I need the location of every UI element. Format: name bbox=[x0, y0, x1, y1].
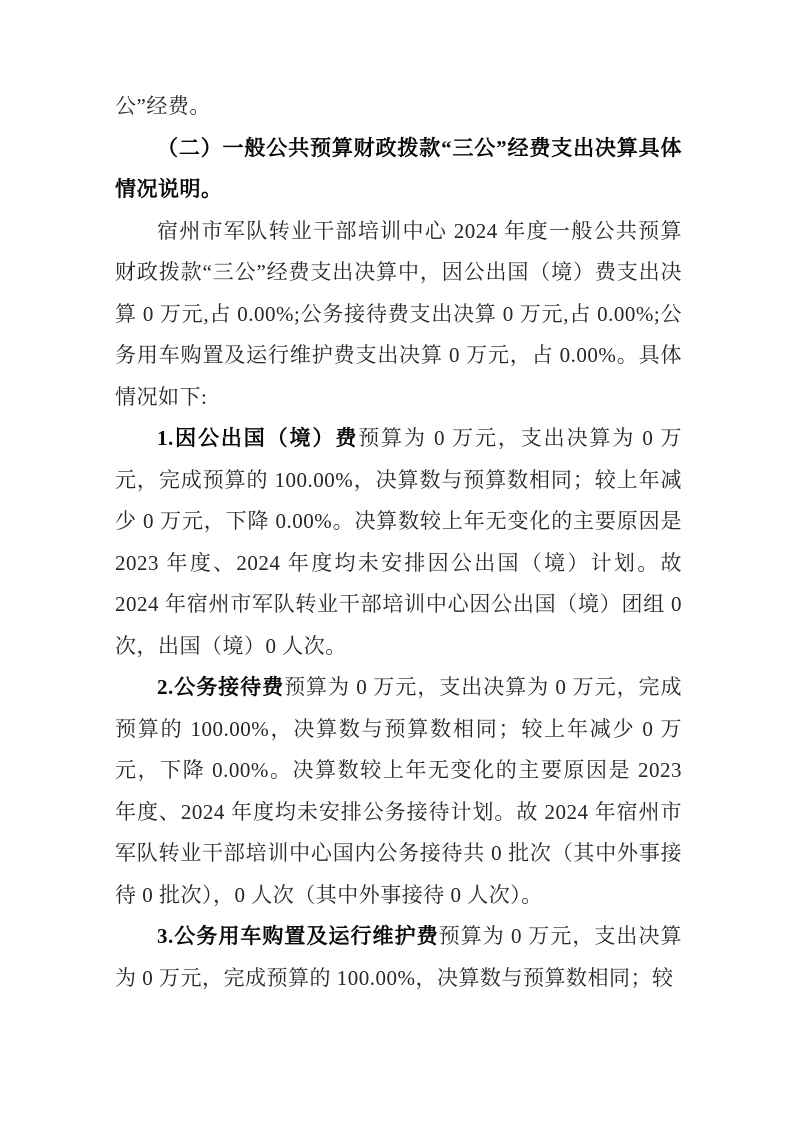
document-content: 公”经费。 （二）一般公共预算财政拨款“三公”经费支出决算具体情况说明。 宿州市… bbox=[115, 86, 682, 999]
paragraph-item-2: 2.公务接待费预算为 0 万元，支出决算为 0 万元，完成预算的 100.00%… bbox=[115, 667, 682, 916]
paragraph-continuation: 公”经费。 bbox=[115, 86, 682, 128]
section-heading: （二）一般公共预算财政拨款“三公”经费支出决算具体情况说明。 bbox=[115, 128, 682, 211]
paragraph-text: 预算为 0 万元，支出决算为 0 万元，完成预算的 100.00%，决算数与预算… bbox=[115, 675, 682, 907]
paragraph-text: 预算为 0 万元，支出决算为 0 万元，完成预算的 100.00%，决算数与预算… bbox=[115, 426, 682, 658]
item-2-lead: 2.公务接待费 bbox=[157, 675, 284, 699]
item-1-lead: 1.因公出国（境）费 bbox=[157, 426, 358, 450]
paragraph-item-1: 1.因公出国（境）费预算为 0 万元，支出决算为 0 万元，完成预算的 100.… bbox=[115, 418, 682, 667]
item-3-lead: 3.公务用车购置及运行维护费 bbox=[157, 924, 439, 948]
paragraph-text: 宿州市军队转业干部培训中心 2024 年度一般公共预算财政拨款“三公”经费支出决… bbox=[115, 219, 682, 409]
paragraph-overview: 宿州市军队转业干部培训中心 2024 年度一般公共预算财政拨款“三公”经费支出决… bbox=[115, 211, 682, 419]
document-page: 公”经费。 （二）一般公共预算财政拨款“三公”经费支出决算具体情况说明。 宿州市… bbox=[0, 0, 793, 1122]
paragraph-item-3: 3.公务用车购置及运行维护费预算为 0 万元，支出决算为 0 万元，完成预算的 … bbox=[115, 916, 682, 999]
paragraph-text: 公”经费。 bbox=[115, 94, 211, 118]
section-heading-text: （二）一般公共预算财政拨款“三公”经费支出决算具体情况说明。 bbox=[115, 136, 682, 202]
